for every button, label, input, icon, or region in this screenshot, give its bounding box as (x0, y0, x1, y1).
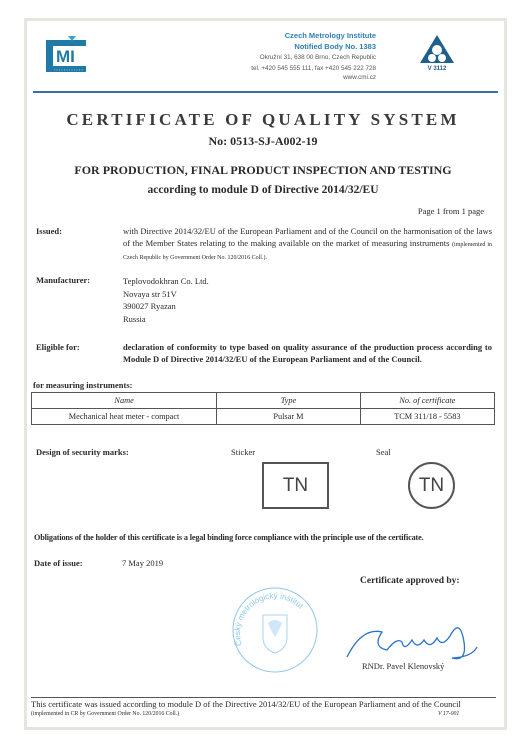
official-stamp-icon: Český metrologický institut (230, 585, 320, 675)
instruments-label: for measuring instruments: (33, 380, 132, 390)
manufacturer-address: Teplovodokhran Co. Ltd. Novaya str 51V 3… (123, 275, 492, 325)
svg-text:MI: MI (56, 47, 75, 66)
cmi-logo: MI (42, 36, 88, 76)
manufacturer-label: Manufacturer: (36, 275, 90, 285)
date-label: Date of issue: (34, 558, 83, 568)
phone: tel. +420 545 555 111, fax +420 545 222 … (251, 63, 376, 74)
page-info: Page 1 from 1 page (418, 206, 484, 216)
certificate-number: No: 0513-SJ-A002-19 (0, 134, 526, 149)
issued-text: with Directive 2014/32/EU of the Europea… (123, 226, 492, 265)
date-value: 7 May 2019 (122, 558, 163, 568)
seal-mark: TN (408, 462, 455, 509)
table-header: Name Type No. of certificate (32, 393, 495, 409)
website: www.cmi.cz (251, 74, 376, 82)
seal-label: Seal (376, 447, 391, 457)
signatory-name: RNDr. Pavel Klenovský (362, 661, 444, 671)
footer-note: (implemented in CR by Government Order N… (31, 711, 179, 717)
instruments-table: Name Type No. of certificate Mechanical … (31, 392, 495, 425)
sticker-label: Sticker (231, 447, 255, 457)
svg-text:V 3112: V 3112 (428, 66, 447, 71)
security-marks-label: Design of security marks: (36, 447, 129, 457)
institute-header: Czech Metrology Institute Notified Body … (251, 30, 376, 82)
eligible-label: Eligible for: (36, 342, 80, 352)
issued-label: Issued: (36, 226, 62, 236)
eligible-text: declaration of conformity to type based … (123, 342, 492, 365)
accreditation-logo: V 3112 (417, 33, 457, 71)
address: Okružní 31, 638 00 Brno, Czech Republic (251, 52, 376, 63)
form-version: V 17-001 (438, 711, 459, 717)
sticker-mark: TN (262, 462, 329, 509)
svg-text:Český metrologický institut: Český metrologický institut (233, 591, 306, 647)
obligations-text: Obligations of the holder of this certif… (34, 533, 424, 542)
approved-by-label: Certificate approved by: (360, 576, 460, 586)
subtitle-scope: FOR PRODUCTION, FINAL PRODUCT INSPECTION… (0, 163, 526, 178)
institute-name: Czech Metrology Institute (251, 30, 376, 41)
footer-text: This certificate was issued according to… (31, 699, 496, 709)
header-rule (33, 91, 498, 93)
certificate-title: CERTIFICATE OF QUALITY SYSTEM (0, 110, 526, 130)
subtitle-module: according to module D of Directive 2014/… (0, 184, 526, 196)
notified-body: Notified Body No. 1383 (251, 41, 376, 52)
table-row: Mechanical heat meter - compact Pulsar M… (32, 409, 495, 425)
footer-rule (31, 697, 496, 698)
